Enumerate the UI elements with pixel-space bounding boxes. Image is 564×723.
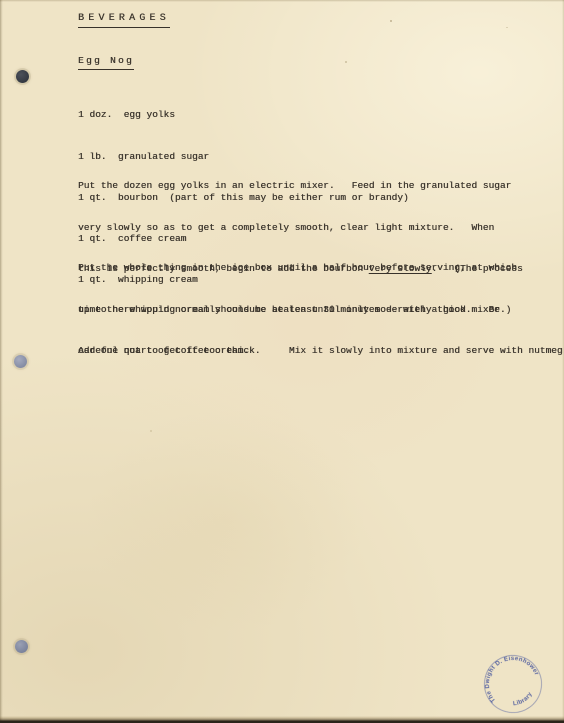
paragraph-line: time the whipping cream should be beaten… — [78, 303, 564, 317]
paper-edge-top — [0, 0, 564, 2]
paragraph-line: careful not to get it too thick. Mix it … — [78, 344, 564, 358]
paper-edge-bottom — [0, 716, 564, 723]
paragraph-line: Put the whole thing in the ice box until… — [78, 261, 564, 275]
punch-hole-middle — [14, 355, 27, 368]
stamp-text-bottom: Library — [510, 689, 536, 710]
section-title-text: BEVERAGES — [78, 13, 170, 28]
recipe-title-text: Egg Nog — [78, 55, 134, 70]
eisenhower-library-stamp: The Dwight D. Eisenhower Library — [469, 640, 557, 723]
paper-edge-left — [0, 0, 3, 723]
section-title: BEVERAGES — [78, 13, 170, 28]
paragraph-line: very slowly so as to get a completely sm… — [78, 221, 523, 235]
paper-speck — [345, 61, 347, 63]
paper-speck — [390, 20, 392, 22]
ingredient-line: 1 doz. egg yolks — [78, 108, 409, 122]
paper-speck — [150, 430, 152, 432]
instructions-paragraph-2: Put the whole thing in the ice box until… — [78, 234, 564, 385]
paragraph-line: Put the dozen egg yolks in an electric m… — [78, 179, 523, 193]
recipe-title: Egg Nog — [78, 55, 134, 70]
punch-hole-top — [16, 70, 29, 83]
paper-speck — [506, 27, 508, 28]
svg-text:Library: Library — [510, 689, 536, 710]
punch-hole-bottom — [15, 640, 28, 653]
scanned-page: BEVERAGES Egg Nog 1 doz. egg yolks 1 lb.… — [0, 0, 564, 723]
